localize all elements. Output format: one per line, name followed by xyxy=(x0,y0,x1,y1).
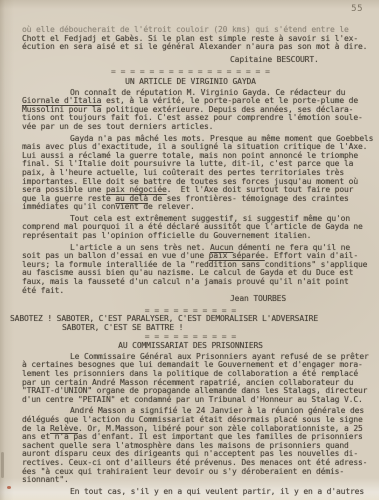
signature-line: Jean TOURBES xyxy=(22,295,373,304)
section-separator: = = = = = = = = = = xyxy=(22,333,373,342)
text-line: ées "à ceux qui trahiraient leur devoir … xyxy=(22,468,373,477)
scanned-page: 55 où elle déboucherait de l'étroit coul… xyxy=(0,0,379,500)
text-line: écution en sera aisé et si le général Al… xyxy=(22,43,373,52)
text-line: immédiates qu'il convient de relever. xyxy=(22,203,373,212)
text-line: faux, mais la fausseté d'un calcul n'a j… xyxy=(22,278,373,287)
red-speck xyxy=(7,486,11,489)
text-line: sionnant". xyxy=(22,476,373,485)
text-line: représentait pas l'opinion officielle du… xyxy=(22,232,373,241)
section-heading: AU COMMISSARIAT DES PRISONNIERS xyxy=(22,342,373,351)
signature-line: Capitaine BESCOURT. xyxy=(22,56,373,65)
text-line: vée par un de ses tout derniers articles… xyxy=(22,123,373,132)
text-line: où elle déboucherait de l'étroit couloir… xyxy=(22,26,373,35)
section-separator: = = = = = = = = = = = = = = = = = xyxy=(22,68,373,77)
text-line: d'un centre "PETAIN" et condamné par un … xyxy=(22,396,373,405)
text-line: été fait. xyxy=(22,287,373,296)
scan-edge-mark xyxy=(1,452,4,478)
text-line: En tout cas, s'il y en a qui veulent par… xyxy=(22,488,373,497)
document-body: où elle déboucherait de l'étroit couloir… xyxy=(22,26,373,496)
page-number: 55 xyxy=(351,4,363,14)
section-heading: UN ARTICLE DE VIRGINIO GAYDA xyxy=(22,78,373,87)
